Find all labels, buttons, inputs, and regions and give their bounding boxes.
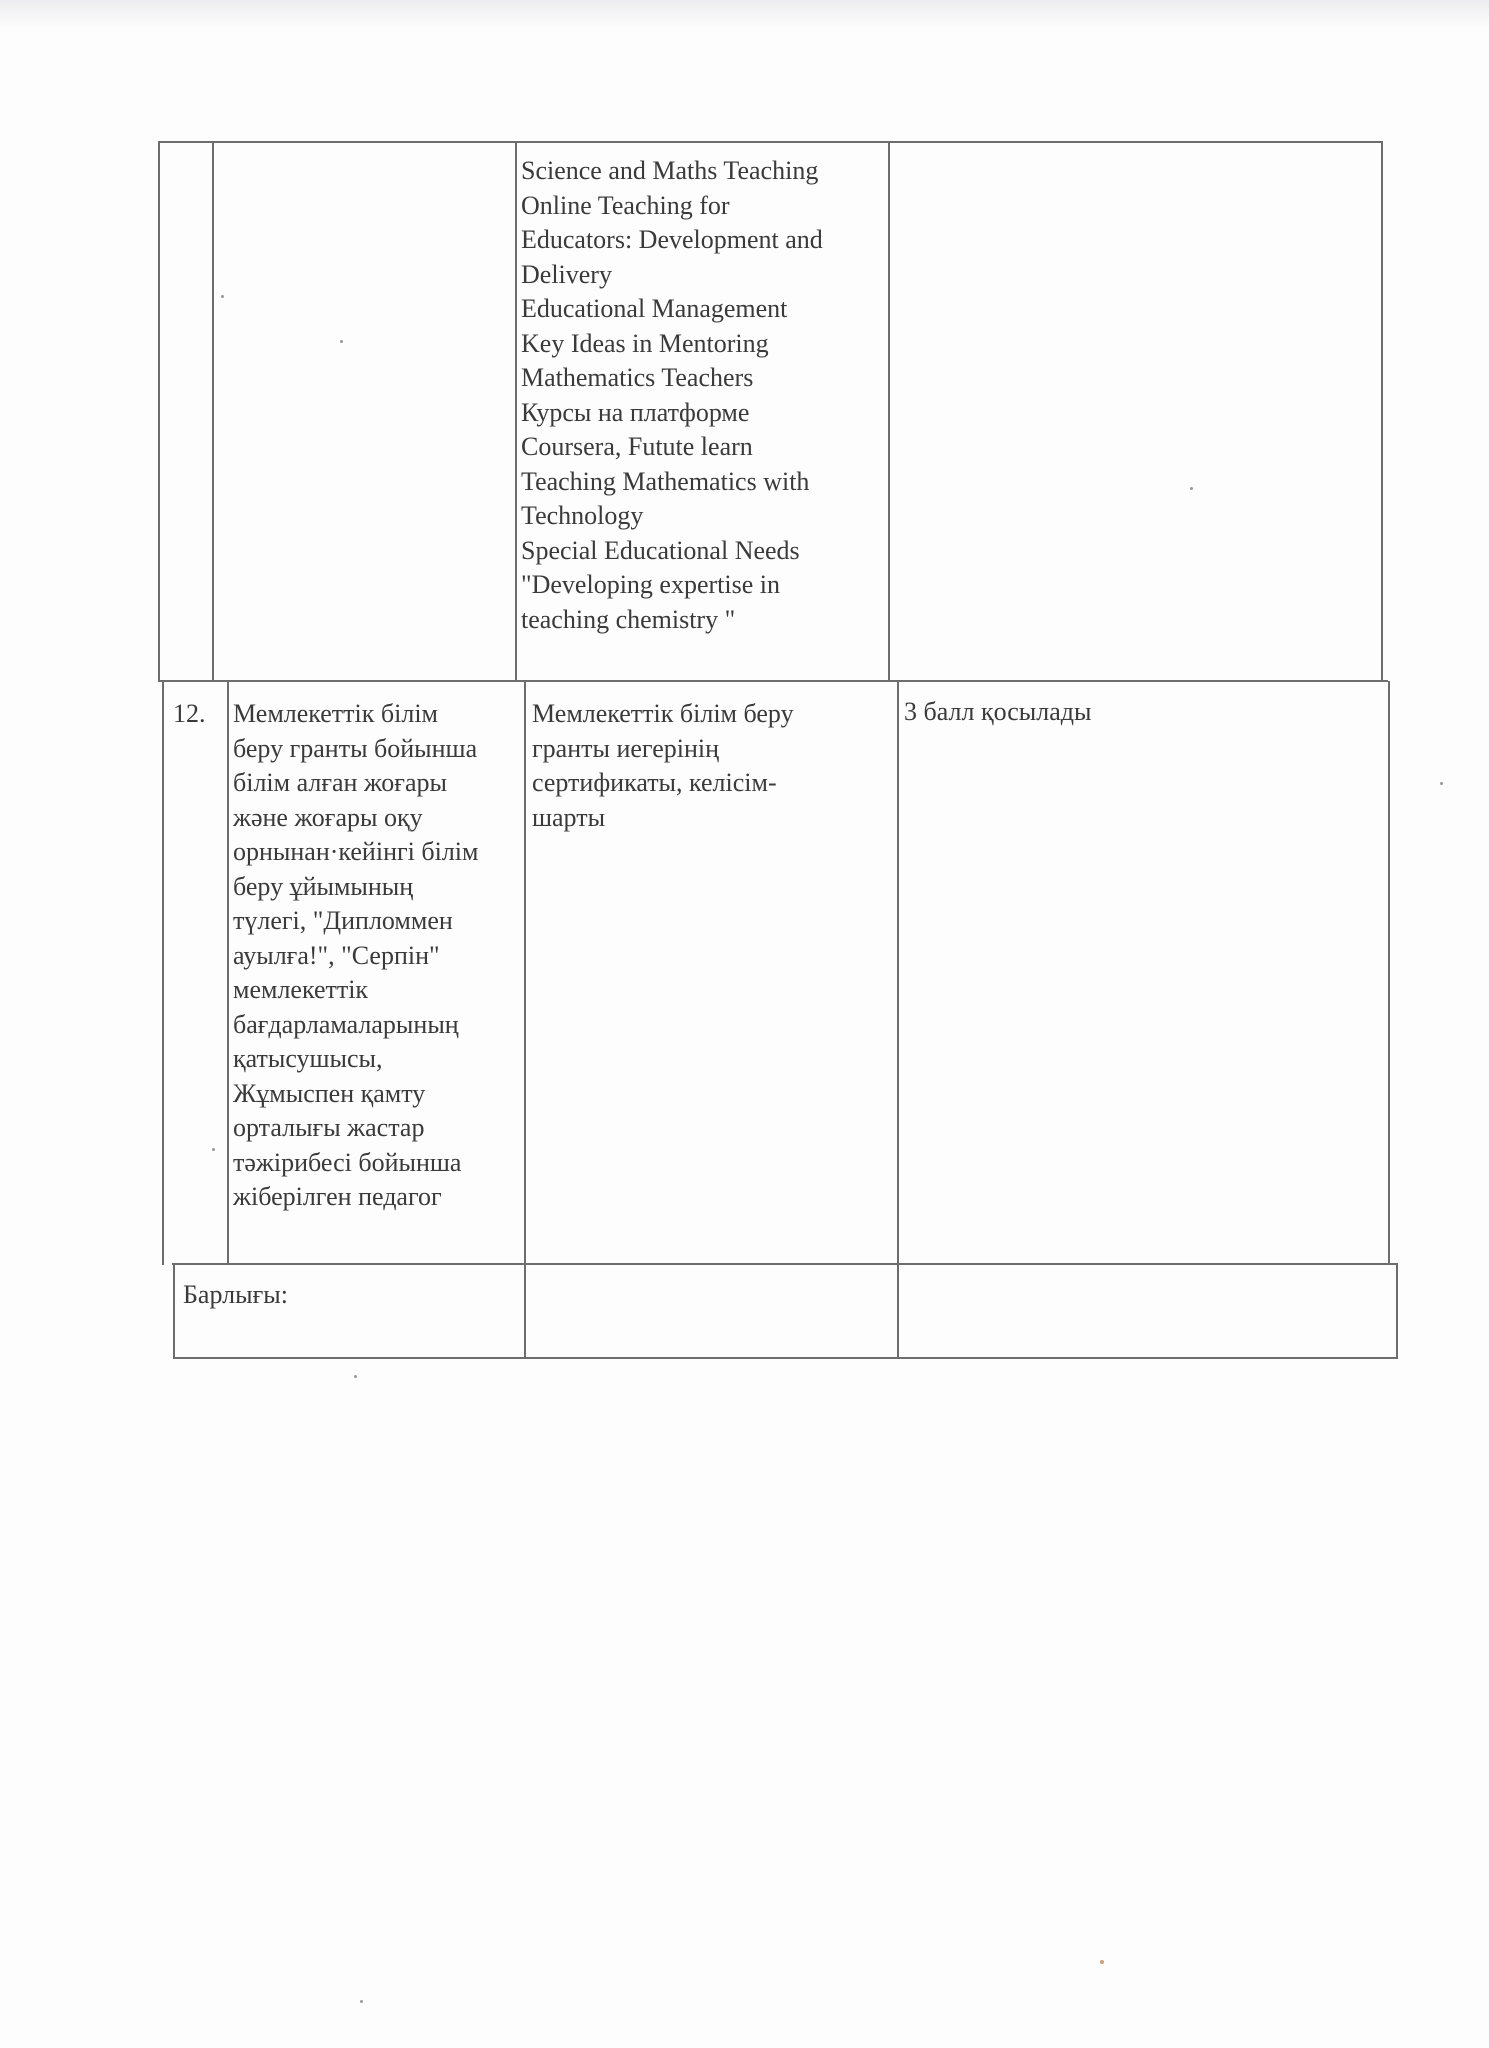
total-label: Барлығы: [183, 1278, 513, 1313]
row-number: 12. [173, 697, 223, 732]
criterion-text: Мемлекеттік білім беру гранты бойынша бі… [233, 697, 523, 1215]
score-text: 3 балл қосылады [904, 695, 1374, 730]
scan-top-shadow [0, 0, 1489, 28]
courses-list: Science and Maths Teaching Online Teachi… [521, 154, 883, 637]
supporting-document-text: Мемлекеттік білім беру гранты иегерінің … [532, 697, 892, 835]
